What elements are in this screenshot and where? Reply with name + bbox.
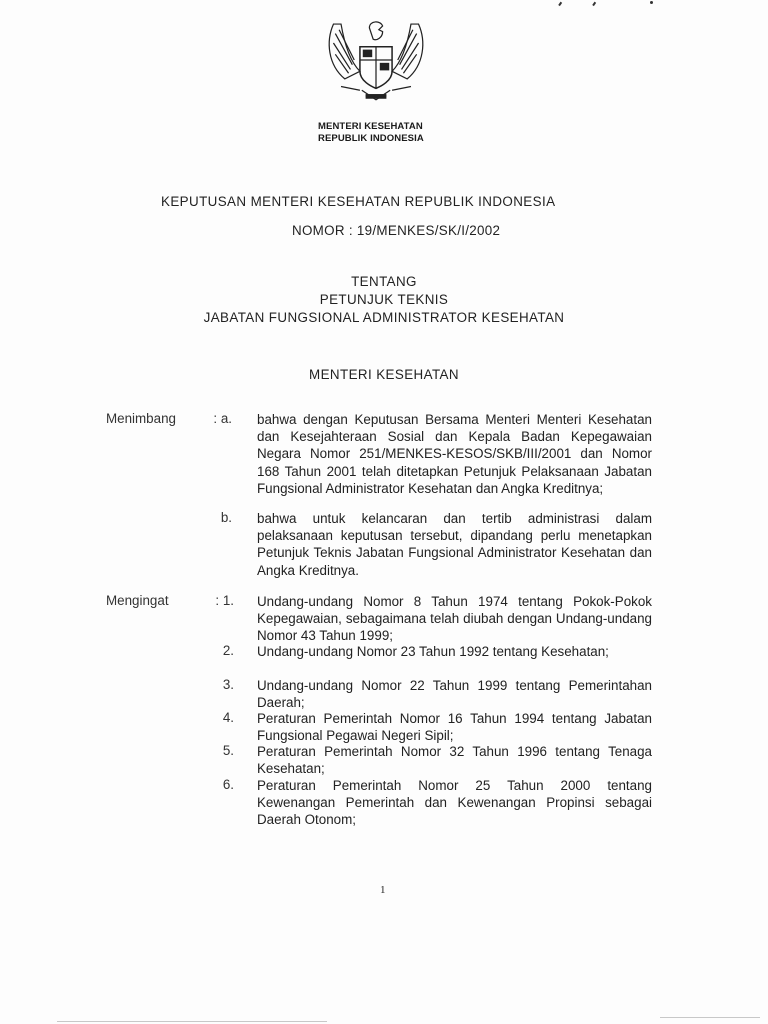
ministry-line2: REPUBLIK INDONESIA <box>318 133 424 145</box>
mengingat-item-4: Peraturan Pemerintah Nomor 16 Tahun 1994… <box>257 710 652 744</box>
menimbang-marker-a: : a. <box>196 411 232 426</box>
menimbang-item-a: bahwa dengan Keputusan Bersama Menteri M… <box>257 411 652 497</box>
scan-edge-line <box>57 1021 327 1022</box>
ministry-name: MENTERI KESEHATAN REPUBLIK INDONESIA <box>318 121 424 145</box>
mengingat-item-3: Undang-undang Nomor 22 Tahun 1999 tentan… <box>257 677 652 711</box>
menimbang-label: Menimbang <box>106 411 176 426</box>
subject-tentang: TENTANG <box>0 273 768 291</box>
mengingat-marker-6: 6. <box>198 777 234 792</box>
menimbang-marker-b: b. <box>196 510 232 525</box>
scan-edge-line <box>660 1017 760 1018</box>
scan-mark <box>558 2 562 6</box>
subject-block: TENTANG PETUNJUK TEKNIS JABATAN FUNGSION… <box>0 273 768 327</box>
subject-line3: JABATAN FUNGSIONAL ADMINISTRATOR KESEHAT… <box>0 309 768 327</box>
scan-mark <box>592 2 596 6</box>
document-number: NOMOR : 19/MENKES/SK/I/2002 <box>292 223 500 238</box>
document-title: KEPUTUSAN MENTERI KESEHATAN REPUBLIK IND… <box>161 194 555 209</box>
mengingat-item-6: Peraturan Pemerintah Nomor 25 Tahun 2000… <box>257 777 652 829</box>
mengingat-label: Mengingat <box>106 593 169 608</box>
scan-mark <box>650 1 653 4</box>
mengingat-marker-4: 4. <box>198 710 234 725</box>
garuda-emblem-icon <box>324 10 428 110</box>
ministry-line1: MENTERI KESEHATAN <box>318 121 424 133</box>
mengingat-marker-3: 3. <box>198 677 234 692</box>
mengingat-marker-1: : 1. <box>198 593 234 608</box>
page-number: 1 <box>380 884 386 896</box>
mengingat-marker-2: 2. <box>198 643 234 658</box>
mengingat-marker-5: 5. <box>198 743 234 758</box>
mengingat-item-1: Undang-undang Nomor 8 Tahun 1974 tentang… <box>257 593 652 645</box>
mengingat-item-2: Undang-undang Nomor 23 Tahun 1992 tentan… <box>257 643 652 660</box>
minister-heading: MENTERI KESEHATAN <box>0 367 768 382</box>
menimbang-item-b: bahwa untuk kelancaran dan tertib admini… <box>257 510 652 579</box>
mengingat-item-5: Peraturan Pemerintah Nomor 32 Tahun 1996… <box>257 743 652 777</box>
subject-line2: PETUNJUK TEKNIS <box>0 291 768 309</box>
